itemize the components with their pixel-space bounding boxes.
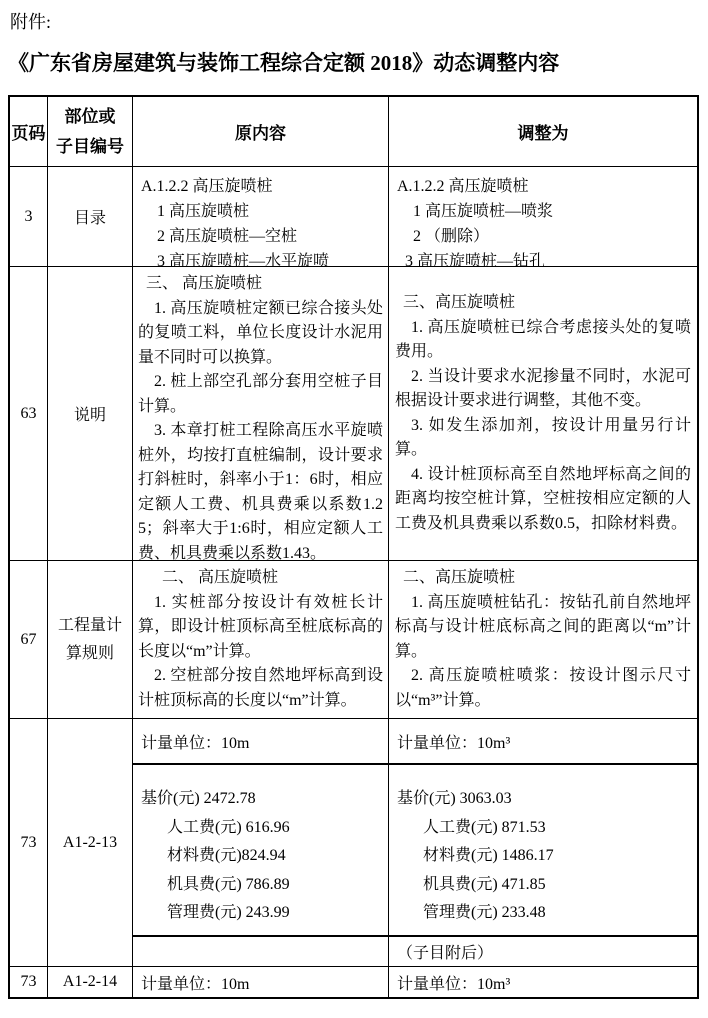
fee-line: 机具费(元) 786.89 xyxy=(141,871,380,900)
original-content-cell: 三、 高压旋喷桩 1. 高压旋喷桩定额已综合接头处的复喷工料，单位长度设计水泥用… xyxy=(133,267,389,560)
header-part-line1: 部位或 xyxy=(56,102,124,132)
original-line: 1 高压旋喷桩 xyxy=(141,199,380,224)
document-title: 《广东省房屋建筑与装饰工程综合定额 2018》动态调整内容 xyxy=(8,47,559,77)
original-unit: 计量单位：10m xyxy=(133,719,389,763)
adjusted-unit: 计量单位：10m³ xyxy=(389,967,697,997)
adjusted-paragraph: 2. 当设计要求水泥掺量不同时，水泥可根据设计要求进行调整，其他不变。 xyxy=(395,365,691,414)
detail-subtable: 计量单位：10m 计量单位：10m³ 基价(元) 2472.78 人工费(元) … xyxy=(133,719,697,966)
part-cell: 目录 xyxy=(48,167,133,266)
part-line1: 工程量计 xyxy=(58,612,122,640)
adjusted-paragraph: 2. 高压旋喷桩喷浆：按设计图示尺寸以“m³”计算。 xyxy=(395,664,691,713)
original-fees: 基价(元) 2472.78 人工费(元) 616.96 材料费(元)824.94… xyxy=(133,765,389,935)
page-number-cell: 67 xyxy=(10,561,48,718)
adjusted-line: 1 高压旋喷桩—喷浆 xyxy=(397,199,689,224)
adjusted-fees: 基价(元) 3063.03 人工费(元) 871.53 材料费(元) 1486.… xyxy=(389,765,697,935)
original-line: 2 高压旋喷桩—空桩 xyxy=(141,224,380,249)
adjusted-paragraph: 4. 设计桩顶标高至自然地坪标高之间的距离均按空桩计算，空桩按相应定额的人工费及… xyxy=(395,463,691,537)
adjusted-note: （子目附后） xyxy=(389,937,697,966)
original-note-empty xyxy=(133,937,389,966)
fees-subrow: 基价(元) 2472.78 人工费(元) 616.96 材料费(元)824.94… xyxy=(133,765,697,937)
fee-line: 基价(元) 2472.78 xyxy=(141,785,380,814)
adjusted-paragraph: 3. 如发生添加剂，按设计用量另行计算。 xyxy=(395,414,691,463)
part-cell: A1-2-14 xyxy=(48,967,133,997)
part-line2: 算规则 xyxy=(58,640,122,668)
adjusted-unit: 计量单位：10m³ xyxy=(389,719,697,763)
header-cell-adjusted: 调整为 xyxy=(389,97,697,166)
part-cell: 工程量计 算规则 xyxy=(48,561,133,718)
original-paragraph: 3. 本章打桩工程除高压水平旋喷桩外，均按打直桩编制，设计要求打斜桩时，斜率小于… xyxy=(138,419,383,560)
header-cell-page: 页码 xyxy=(10,97,48,166)
table-row-a1-2-13: 73 A1-2-13 计量单位：10m 计量单位：10m³ 基价(元) 2472… xyxy=(10,719,697,967)
adjusted-line: 3 高压旋喷桩—钻孔 xyxy=(397,249,689,266)
header-cell-original: 原内容 xyxy=(133,97,389,166)
original-paragraph: 2. 桩上部空孔部分套用空桩子目计算。 xyxy=(138,370,383,419)
adjusted-content-cell: 三、高压旋喷桩 1. 高压旋喷桩已综合考虑接头处的复喷费用。 2. 当设计要求水… xyxy=(389,267,697,560)
page-number-cell: 63 xyxy=(10,267,48,560)
fee-line: 材料费(元)824.94 xyxy=(141,842,380,871)
original-content-cell: A.1.2.2 高压旋喷桩 1 高压旋喷桩 2 高压旋喷桩—空桩 3 高压旋喷桩… xyxy=(133,167,389,266)
fee-line: 人工费(元) 871.53 xyxy=(397,814,689,843)
table-row-calc-rules: 67 工程量计 算规则 二、 高压旋喷桩 1. 实桩部分按设计有效桩长计算，即设… xyxy=(10,561,697,719)
page-number-cell: 73 xyxy=(10,967,48,997)
adjusted-line: A.1.2.2 高压旋喷桩 xyxy=(397,174,689,199)
part-cell: A1-2-13 xyxy=(48,719,133,966)
page-number-cell: 3 xyxy=(10,167,48,266)
fee-line: 机具费(元) 471.85 xyxy=(397,871,689,900)
table-header-row: 页码 部位或 子目编号 原内容 调整为 xyxy=(10,97,697,167)
table-row-catalog: 3 目录 A.1.2.2 高压旋喷桩 1 高压旋喷桩 2 高压旋喷桩—空桩 3 … xyxy=(10,167,697,267)
fee-line: 基价(元) 3063.03 xyxy=(397,785,689,814)
original-paragraph: 2. 空桩部分按自然地坪标高到设计桩顶标高的长度以“m”计算。 xyxy=(138,664,383,713)
header-part-line2: 子目编号 xyxy=(56,132,124,162)
original-paragraph: 二、 高压旋喷桩 xyxy=(138,566,383,591)
unit-subrow: 计量单位：10m 计量单位：10m³ xyxy=(133,719,697,765)
table-row-notes: 63 说明 三、 高压旋喷桩 1. 高压旋喷桩定额已综合接头处的复喷工料，单位长… xyxy=(10,267,697,561)
page-number-cell: 73 xyxy=(10,719,48,966)
original-content-cell: 二、 高压旋喷桩 1. 实桩部分按设计有效桩长计算，即设计桩顶标高至桩底标高的长… xyxy=(133,561,389,718)
original-paragraph: 1. 高压旋喷桩定额已综合接头处的复喷工料，单位长度设计水泥用量不同时可以换算。 xyxy=(138,297,383,371)
part-cell: 说明 xyxy=(48,267,133,560)
original-line: 3 高压旋喷桩—水平旋喷 xyxy=(141,249,380,266)
adjusted-paragraph: 1. 高压旋喷桩已综合考虑接头处的复喷费用。 xyxy=(395,316,691,365)
original-line: A.1.2.2 高压旋喷桩 xyxy=(141,174,380,199)
adjusted-paragraph: 三、高压旋喷桩 xyxy=(395,291,691,316)
adjusted-content-cell: A.1.2.2 高压旋喷桩 1 高压旋喷桩—喷浆 2 （删除） 3 高压旋喷桩—… xyxy=(389,167,697,266)
fee-line: 材料费(元) 1486.17 xyxy=(397,842,689,871)
fee-line: 管理费(元) 243.99 xyxy=(141,899,380,928)
adjusted-paragraph: 1. 高压旋喷桩钻孔：按钻孔前自然地坪标高与设计桩底标高之间的距离以“m”计算。 xyxy=(395,591,691,665)
original-paragraph: 三、 高压旋喷桩 xyxy=(138,272,383,297)
original-unit: 计量单位：10m xyxy=(133,967,389,997)
attachment-label: 附件: xyxy=(10,8,51,34)
adjusted-line: 2 （删除） xyxy=(397,224,689,249)
header-cell-part: 部位或 子目编号 xyxy=(48,97,133,166)
table-row-a1-2-14: 73 A1-2-14 计量单位：10m 计量单位：10m³ xyxy=(10,967,697,997)
fee-line: 人工费(元) 616.96 xyxy=(141,814,380,843)
fee-line: 管理费(元) 233.48 xyxy=(397,899,689,928)
note-subrow: （子目附后） xyxy=(133,937,697,966)
original-paragraph: 1. 实桩部分按设计有效桩长计算，即设计桩顶标高至桩底标高的长度以“m”计算。 xyxy=(138,591,383,665)
adjusted-paragraph: 二、高压旋喷桩 xyxy=(395,566,691,591)
document-page: 附件: 《广东省房屋建筑与装饰工程综合定额 2018》动态调整内容 页码 部位或… xyxy=(0,0,708,1018)
adjusted-content-cell: 二、高压旋喷桩 1. 高压旋喷桩钻孔：按钻孔前自然地坪标高与设计桩底标高之间的距… xyxy=(389,561,697,718)
adjustment-table: 页码 部位或 子目编号 原内容 调整为 3 目录 A.1.2.2 高压旋喷桩 1… xyxy=(8,95,699,999)
